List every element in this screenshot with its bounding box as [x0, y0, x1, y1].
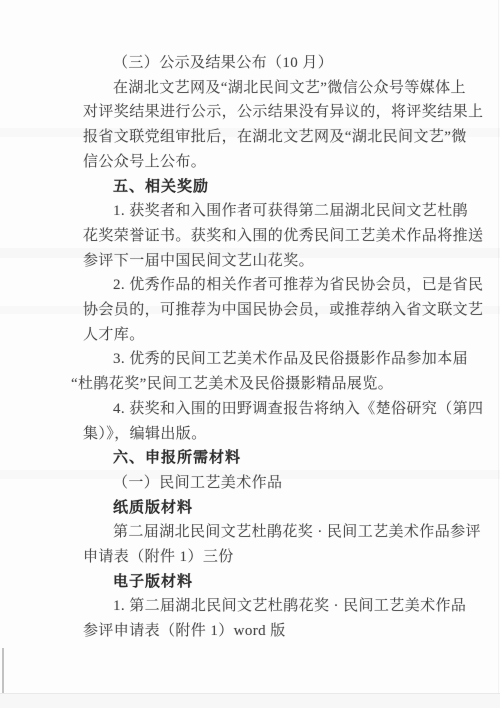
text-line: “杜鹃花奖”民间工艺美术及民俗摄影精品展览。 [71, 372, 473, 397]
text-line: 参评下一届中国民间文艺山花奖。 [83, 249, 473, 274]
list-item-4: 4. 获奖和入围的田野调查报告将纳入《楚俗研究（第四 [83, 397, 473, 422]
text-line: 申请表（附件 1）三份 [83, 545, 473, 570]
text-line: 信公众号上公布。 [83, 150, 473, 175]
scanned-document-page: （三）公示及结果公布（10 月） 在湖北文艺网及“湖北民间文艺”微信公众号等媒体… [0, 0, 500, 708]
list-item-2: 2. 优秀作品的相关作者可推荐为省民协会员，已是省民 [83, 273, 473, 298]
scan-page-left-edge-line [2, 648, 4, 696]
document-body: （三）公示及结果公布（10 月） 在湖北文艺网及“湖北民间文艺”微信公众号等媒体… [83, 51, 473, 644]
list-item-3: 3. 优秀的民间工艺美术作品及民俗摄影作品参加本届 [83, 347, 473, 372]
text-line: 参评申请表（附件 1）word 版 [83, 619, 473, 644]
scan-page-right-edge [498, 0, 499, 708]
text-line: 对评奖结果进行公示，公示结果没有异议的，将评奖结果上 [83, 100, 473, 125]
list-item-1-electronic: 1. 第二届湖北民间文艺杜鹃花奖 · 民间工艺美术作品 [83, 594, 473, 619]
text-line: 花奖荣誉证书。获奖和入围的优秀民间工艺美术作品将推送 [83, 224, 473, 249]
section-6-heading: 六、申报所需材料 [83, 446, 473, 471]
scan-page-bottom-edge [0, 693, 500, 708]
text-line: 在湖北文艺网及“湖北民间文艺”微信公众号等媒体上 [83, 76, 473, 101]
electronic-materials-heading: 电子版材料 [83, 570, 473, 595]
text-line: 人才库。 [83, 323, 473, 348]
subsection-1-heading: （一）民间工艺美术作品 [83, 471, 473, 496]
paper-materials-heading: 纸质版材料 [83, 496, 473, 521]
text-line: 集）》，编辑出版。 [83, 422, 473, 447]
text-line: 第二届湖北民间文艺杜鹃花奖 · 民间工艺美术作品参评 [83, 520, 473, 545]
text-line: 协会员的，可推荐为中国民协会员，或推荐纳入省文联文艺 [83, 298, 473, 323]
subsection-3-heading: （三）公示及结果公布（10 月） [83, 51, 473, 76]
text-line: 报省文联党组审批后，在湖北文艺网及“湖北民间文艺”微 [83, 125, 473, 150]
section-5-heading: 五、相关奖励 [83, 175, 473, 200]
list-item-1: 1. 获奖者和入围作者可获得第二届湖北民间文艺杜鹃 [83, 199, 473, 224]
